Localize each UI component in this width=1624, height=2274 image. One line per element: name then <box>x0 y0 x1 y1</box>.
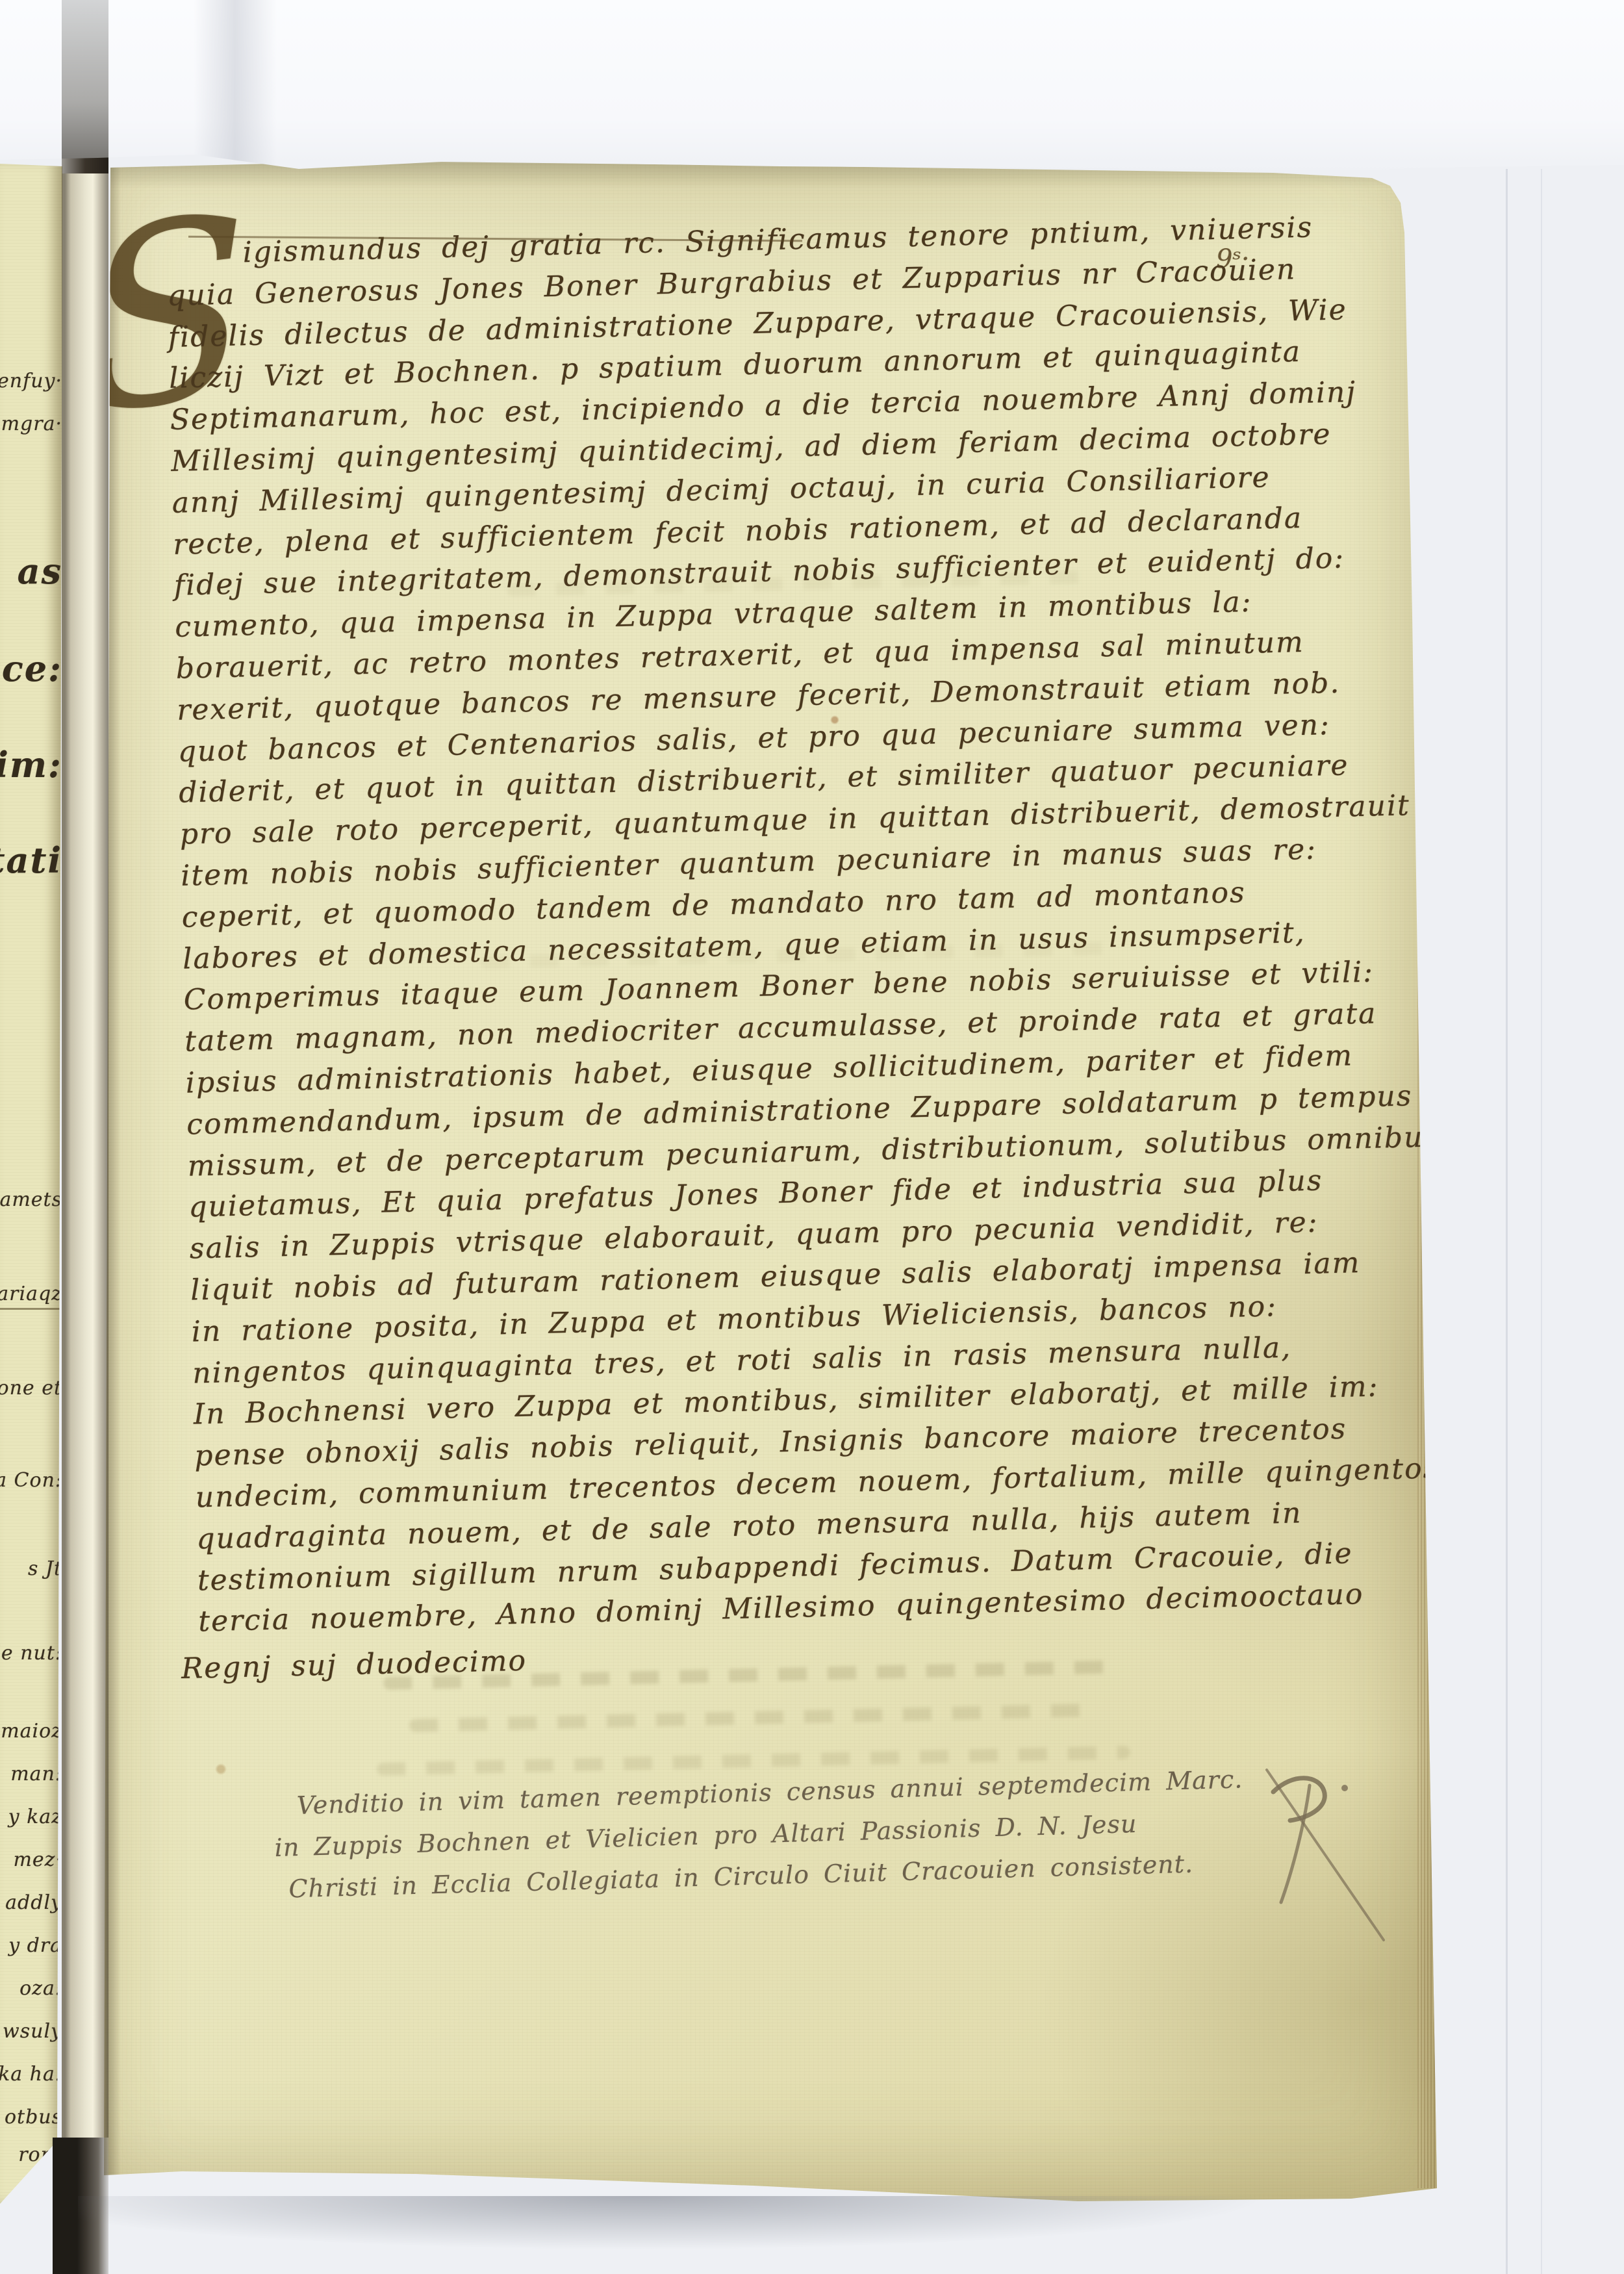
facing-page-fragment: a Con: <box>0 1470 62 1492</box>
facing-page-fragment: maioz <box>1 1720 62 1743</box>
backing-sheet <box>0 0 1624 170</box>
facing-page-fragment: man: <box>10 1763 62 1785</box>
facing-page-fragment: mez· <box>13 1849 62 1871</box>
facing-page-sliver: prenfuy·mgra·asussce:i im:itatitametsvar… <box>0 159 65 2206</box>
manuscript-page: 9ˢ· S igismundus dej gratia rc. Signific… <box>104 161 1440 2209</box>
notarial-paraph-mark <box>1247 1766 1429 1961</box>
scan-background: prenfuy·mgra·asussce:i im:itatitametsvar… <box>0 0 1624 2274</box>
facing-page-fragment: ussce: <box>0 650 62 687</box>
facing-page-fragment: y kaz <box>8 1806 62 1828</box>
facing-page-fragment: one et <box>0 1377 62 1399</box>
backing-sheet-fold <box>194 0 298 170</box>
facing-page-fragment: prenfuy· <box>0 370 62 392</box>
facing-page-fragment: addly <box>5 1892 62 1914</box>
page-shadow <box>78 2196 1475 2268</box>
facing-page-fragment: itati <box>0 841 62 879</box>
main-text-block: igismundus dej gratia rc. Significamus t… <box>166 206 1395 1690</box>
facing-page-fragment: y dra <box>8 1935 62 1957</box>
background-crease <box>1541 169 1542 2274</box>
facing-page-fragment: oza: <box>19 1978 62 2000</box>
facing-page-fragment: otbus <box>5 2106 62 2128</box>
facing-page-fragment: s Jt <box>28 1558 62 1580</box>
binding-strip-through-sheet <box>62 0 108 170</box>
bleed-through-smudge <box>409 1704 1091 1732</box>
binding-strip-gloss <box>62 173 108 2138</box>
facing-page-fragment: nde nut: <box>0 1642 62 1665</box>
binding-strip <box>62 0 108 2274</box>
marginal-note: Venditio in vim tamen reemptionis census… <box>273 1758 1250 1910</box>
facing-page-fragment: variaqz <box>0 1283 62 1310</box>
facing-page-fragment: as <box>18 552 62 590</box>
facing-page-fragment: i im: <box>0 746 62 784</box>
facing-page-fragment: wsuly <box>3 2021 62 2043</box>
facing-page-fragment: tamets <box>0 1189 62 1211</box>
background-crease <box>1506 169 1508 2274</box>
facing-page-fragment: mgra· <box>1 413 62 435</box>
facing-page-fragment: ka ha: <box>0 2063 62 2086</box>
